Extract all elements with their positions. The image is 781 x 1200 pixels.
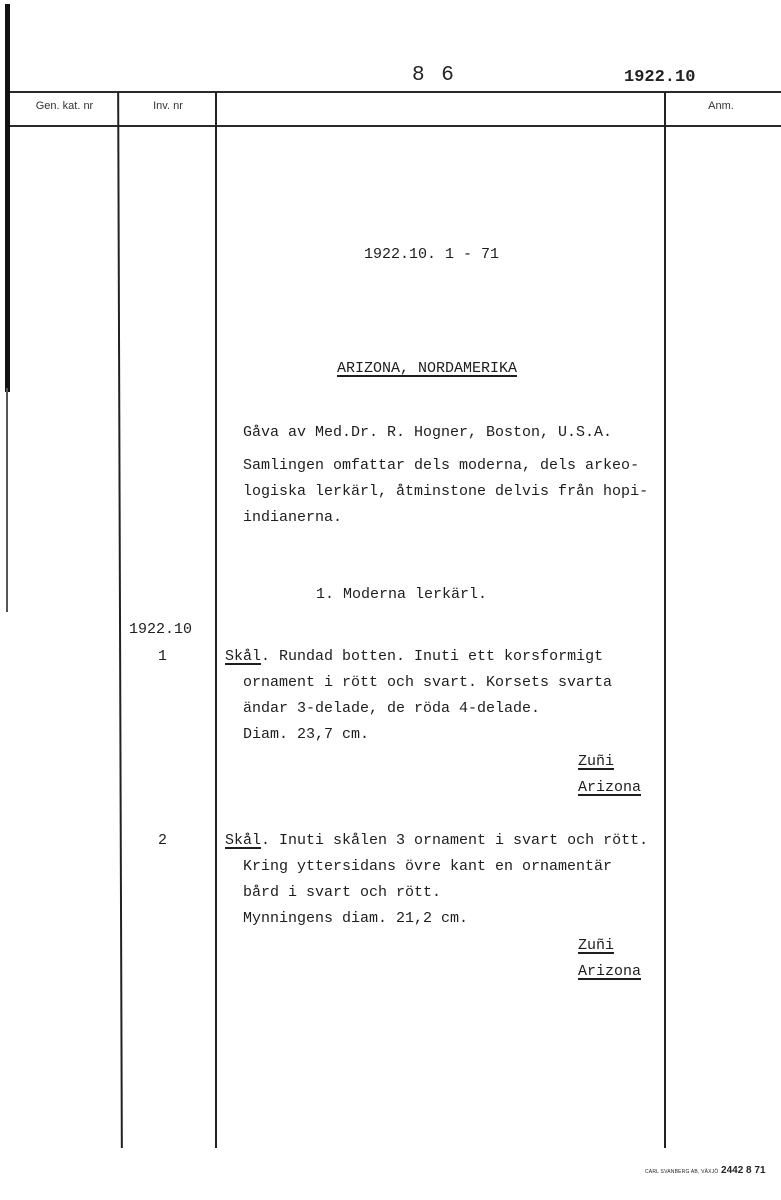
collection-description-line: logiska lerkärl, åtminstone delvis från … [243,483,648,500]
entry-line: bård i svart och rött. [243,884,441,901]
printer-name: CARL SVANBERG AB, VÄXJÖ [645,1169,719,1175]
entry-culture: Zuñi [578,937,614,954]
entry-text: . Inuti skålen 3 ornament i svart och rö… [261,832,648,849]
entry-line: ändar 3-delade, de röda 4-delade. [243,700,540,717]
entry-line: Diam. 23,7 cm. [243,726,369,743]
entry-first-line: Skål. Inuti skålen 3 ornament i svart oc… [225,832,648,849]
collection-description-line: Samlingen omfattar dels moderna, dels ar… [243,457,639,474]
entry-line: Kring yttersidans övre kant en ornamentä… [243,858,612,875]
entry-line: ornament i rött och svart. Korsets svart… [243,674,612,691]
accession-id: 1922.10 [624,68,695,87]
collection-donor: Gåva av Med.Dr. R. Hogner, Boston, U.S.A… [243,424,612,441]
entry-first-line: Skål. Rundad botten. Inuti ett korsformi… [225,648,603,665]
collection-description-line: indianerna. [243,509,342,526]
column-header-gen-kat-nr: Gen. kat. nr [10,100,119,112]
entry-place: Arizona [578,779,641,796]
object-name: Skål [225,648,261,665]
entry-place: Arizona [578,963,641,980]
inv-number: 1 [158,648,167,665]
section-heading: 1. Moderna lerkärl. [316,586,487,603]
page-number: 8 6 [412,64,456,87]
object-name: Skål [225,832,261,849]
column-divider-gen-inv [117,92,122,1148]
catalog-card-page: 8 6 1922.10 Gen. kat. nr Inv. nr Anm. 19… [0,0,781,1200]
binding-edge-bar-thin [6,388,8,612]
collection-range: 1922.10. 1 - 71 [364,246,499,263]
column-header-inv-nr: Inv. nr [121,100,215,112]
form-code: 2442 8 71 [721,1165,766,1176]
column-divider-text-anm [664,92,666,1148]
inv-number: 2 [158,832,167,849]
binding-edge-bar [5,4,10,392]
column-divider-inv-text [215,92,217,1148]
collection-region: ARIZONA, NORDAMERIKA [337,360,517,377]
printer-imprint: CARL SVANBERG AB, VÄXJÖ 2442 8 71 [645,1165,766,1176]
entry-culture: Zuñi [578,753,614,770]
entry-line: Mynningens diam. 21,2 cm. [243,910,468,927]
inv-prefix: 1922.10 [129,621,192,638]
column-header-anm: Anm. [666,100,776,112]
entry-text: . Rundad botten. Inuti ett korsformigt [261,648,603,665]
